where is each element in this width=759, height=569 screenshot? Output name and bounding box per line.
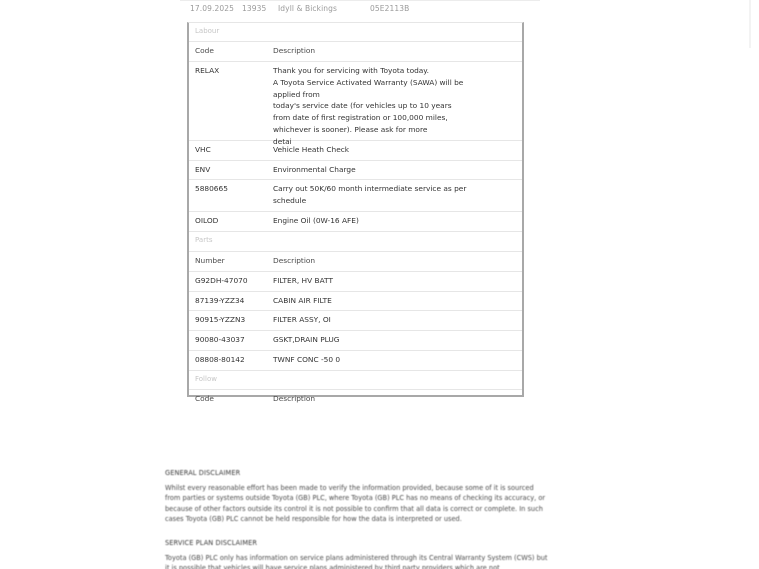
labour-col-description: Description <box>273 45 483 57</box>
dealer-name: Idyll & Bickings <box>278 4 337 13</box>
top-divider <box>180 0 540 1</box>
labour-row: 5880665Carry out 50K/60 month intermedia… <box>189 180 522 212</box>
parts-section-label-row: Parts <box>189 232 522 252</box>
parts-row: 90080-43037GSKT,DRAIN PLUG <box>189 331 522 351</box>
parts-rows: G92DH-47070FILTER, HV BATT87139-YZZ34CAB… <box>189 272 522 371</box>
follow-col-code: Code <box>195 393 265 405</box>
follow-section-label: Follow <box>195 374 265 386</box>
labour-description: Vehicle Heath Check <box>273 144 483 156</box>
parts-number: G92DH-47070 <box>195 275 265 287</box>
labour-row: ENVEnvironmental Charge <box>189 161 522 181</box>
labour-code: RELAX <box>195 65 265 77</box>
service-ref: 05E2113B <box>370 4 409 13</box>
parts-description: FILTER, HV BATT <box>273 275 483 287</box>
parts-description: GSKT,DRAIN PLUG <box>273 334 483 346</box>
page-edge <box>749 0 751 48</box>
follow-header-row: Code Description <box>189 390 522 409</box>
labour-code: ENV <box>195 164 265 176</box>
labour-row: OILODEngine Oil (0W-16 AFE) <box>189 212 522 232</box>
labour-section-label-row: Labour <box>189 23 522 42</box>
general-disclaimer: GENERAL DISCLAIMER Whilst every reasonab… <box>165 468 550 525</box>
labour-code: OILOD <box>195 215 265 227</box>
follow-section-label-row: Follow <box>189 371 522 390</box>
labour-row: VHCVehicle Heath Check <box>189 141 522 161</box>
labour-description: Thank you for servicing with Toyota toda… <box>273 65 483 148</box>
labour-code: VHC <box>195 144 265 156</box>
parts-row: G92DH-47070FILTER, HV BATT <box>189 272 522 292</box>
service-detail-card: Labour Code Description RELAXThank you f… <box>187 22 524 397</box>
parts-row: 08808-80142TWNF CONC -50 0 <box>189 351 522 371</box>
labour-code: 5880665 <box>195 183 265 195</box>
labour-rows: RELAXThank you for servicing with Toyota… <box>189 62 522 232</box>
labour-description: Engine Oil (0W-16 AFE) <box>273 215 483 227</box>
parts-col-number: Number <box>195 255 265 267</box>
service-mileage: 13935 <box>242 4 266 13</box>
parts-number: 08808-80142 <box>195 354 265 366</box>
labour-row: RELAXThank you for servicing with Toyota… <box>189 62 522 141</box>
labour-header-row: Code Description <box>189 42 522 62</box>
labour-section-label: Labour <box>195 26 265 38</box>
parts-section-label: Parts <box>195 235 265 247</box>
labour-col-code: Code <box>195 45 265 57</box>
parts-row: 90915-YZZN3FILTER ASSY, OI <box>189 311 522 331</box>
parts-number: 87139-YZZ34 <box>195 295 265 307</box>
parts-header-row: Number Description <box>189 252 522 272</box>
service-date: 17.09.2025 <box>190 4 234 13</box>
parts-description: CABIN AIR FILTE <box>273 295 483 307</box>
parts-row: 87139-YZZ34CABIN AIR FILTE <box>189 292 522 312</box>
parts-col-description: Description <box>273 255 483 267</box>
labour-description: Carry out 50K/60 month intermediate serv… <box>273 183 483 207</box>
labour-description: Environmental Charge <box>273 164 483 176</box>
parts-description: FILTER ASSY, OI <box>273 314 483 326</box>
follow-col-description: Description <box>273 393 483 405</box>
service-plan-disclaimer-text: Toyota (GB) PLC only has information on … <box>165 553 550 569</box>
parts-description: TWNF CONC -50 0 <box>273 354 483 366</box>
general-disclaimer-title: GENERAL DISCLAIMER <box>165 468 550 479</box>
parts-number: 90080-43037 <box>195 334 265 346</box>
service-plan-disclaimer-title: SERVICE PLAN DISCLAIMER <box>165 538 550 549</box>
parts-number: 90915-YZZN3 <box>195 314 265 326</box>
general-disclaimer-text: Whilst every reasonable effort has been … <box>165 483 550 525</box>
service-plan-disclaimer: SERVICE PLAN DISCLAIMER Toyota (GB) PLC … <box>165 538 550 569</box>
